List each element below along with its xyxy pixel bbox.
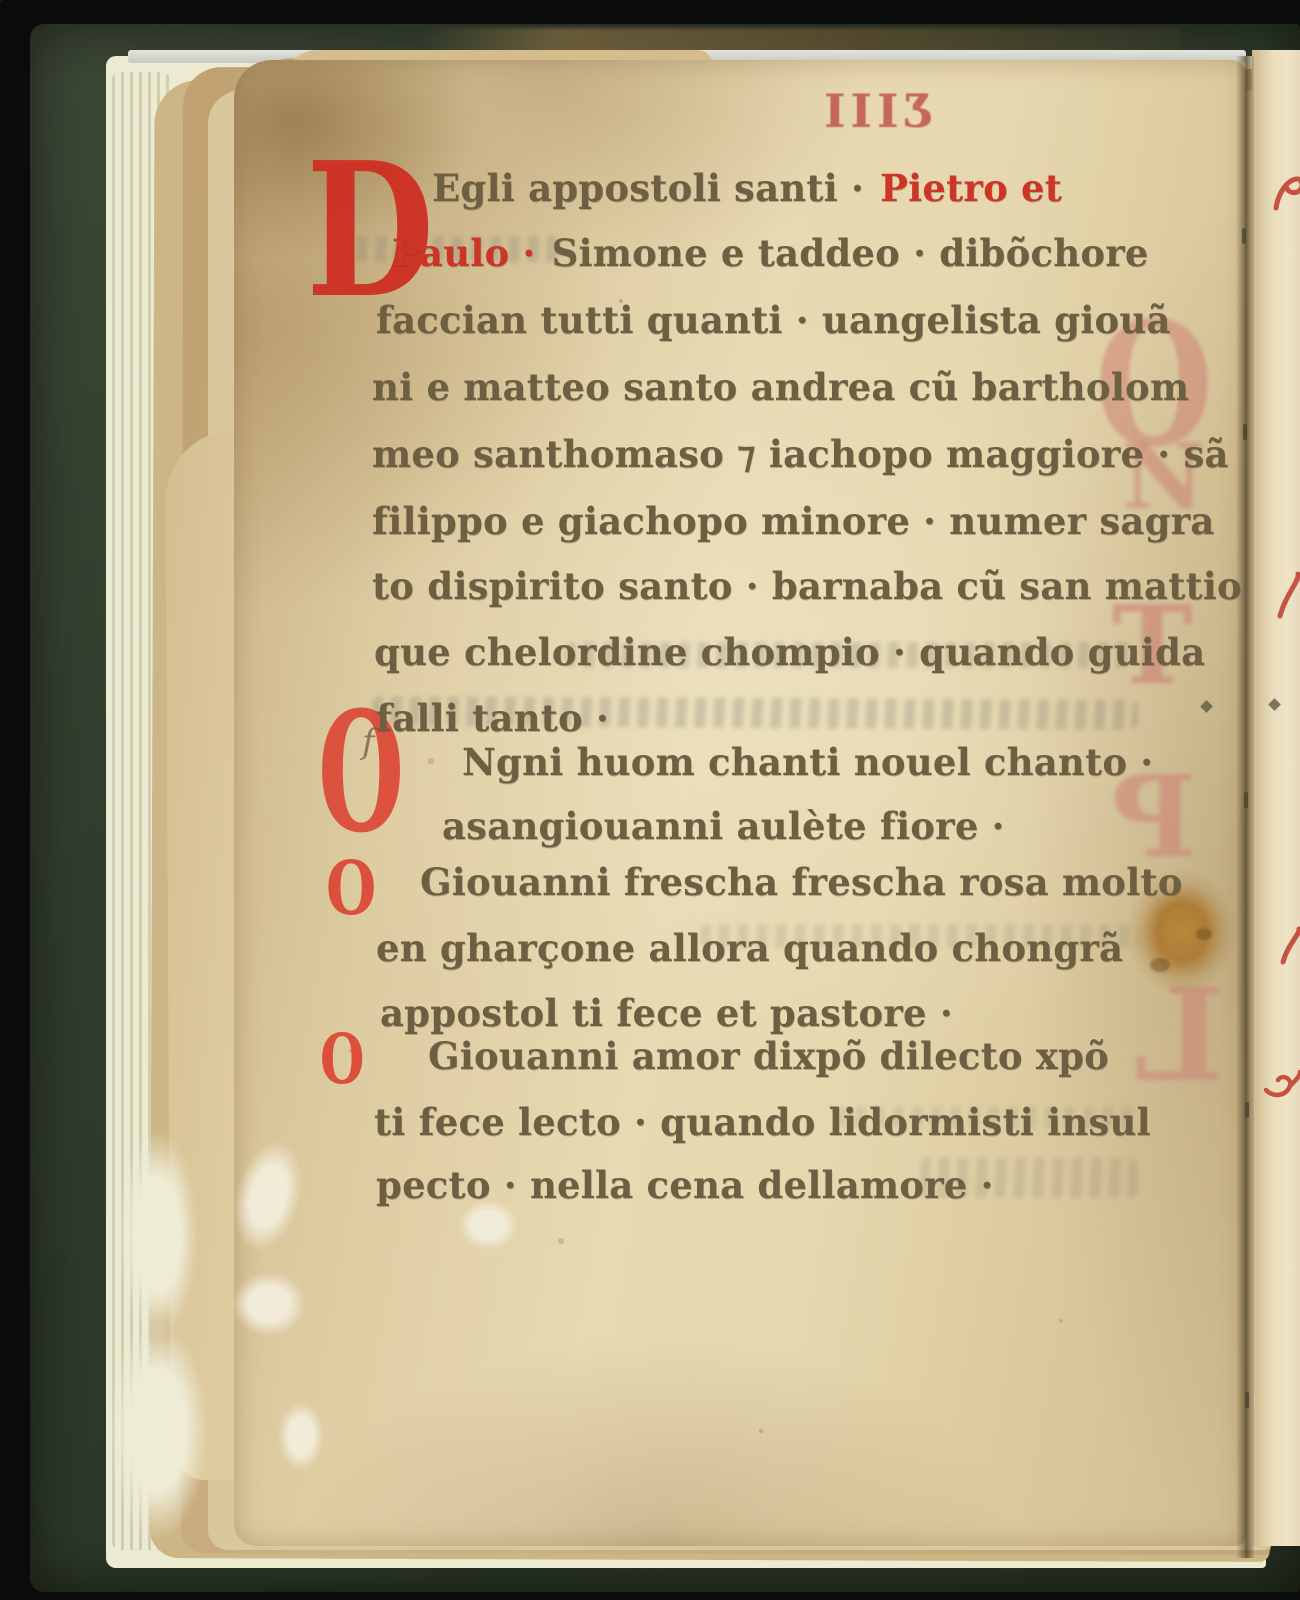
rubric-guide-letter: f bbox=[362, 722, 375, 762]
text-line: pecto · nella cena dellamore · bbox=[376, 1163, 994, 1207]
damage-patch bbox=[278, 1402, 324, 1470]
manuscript-photo: O N T P L IIIƷ D Egli appostoli santi ·P… bbox=[0, 0, 1300, 1600]
binding-stitch bbox=[1243, 424, 1247, 440]
rubric-text: Pietro et bbox=[880, 166, 1062, 210]
text-line: Egli appostoli santi ·Pietro et bbox=[432, 166, 1062, 210]
facing-page-pen-flourish bbox=[1272, 168, 1300, 212]
text-line: to dispirito santo · barnaba cũ san matt… bbox=[372, 564, 1242, 608]
rubric-text: Paulo · bbox=[392, 231, 536, 275]
stain-spot bbox=[1150, 958, 1170, 972]
binding-stitch bbox=[1245, 1392, 1249, 1408]
text-line: falli tanto · bbox=[376, 696, 609, 740]
text-line: asangiouanni aulète fiore · bbox=[442, 804, 1005, 848]
stain-spot bbox=[1196, 928, 1212, 940]
edge-wear-patch bbox=[118, 1130, 198, 1340]
rubric-initial-o: O bbox=[326, 852, 376, 926]
line-text: Simone e taddeo · dibõchore bbox=[552, 231, 1149, 275]
facing-page-pen-flourish bbox=[1276, 570, 1300, 620]
text-line: faccian tutti quanti · uangelista giouã bbox=[376, 298, 1171, 342]
facing-page-pen-flourish bbox=[1264, 1068, 1300, 1100]
binding-stitch bbox=[1244, 792, 1248, 808]
binding-stitch bbox=[1245, 1102, 1249, 1118]
text-line: Giouanni frescha frescha rosa molto bbox=[420, 860, 1183, 904]
text-line: Giouanni amor dixpõ dilecto xpõ bbox=[428, 1034, 1109, 1078]
text-line: en gharçone allora quando chongrã bbox=[376, 926, 1123, 970]
facing-page-pen-flourish bbox=[1280, 926, 1300, 966]
text-line: meo santhomaso ⁊ iachopo maggiore · sã bbox=[372, 432, 1229, 476]
rubric-initial-o: O bbox=[320, 1026, 364, 1094]
facing-page-strip bbox=[1252, 50, 1300, 1546]
edge-wear-patch bbox=[108, 1320, 208, 1540]
folio-number: IIIƷ bbox=[824, 84, 939, 138]
damage-patch bbox=[232, 1272, 306, 1336]
text-line: ti fece lecto · quando lidormisti insul bbox=[374, 1100, 1151, 1144]
parchment-specks bbox=[0, 0, 2, 2]
text-line: que chelordine chompio · quando guida bbox=[374, 630, 1205, 674]
text-line: Ngni huom chanti nouel chanto · bbox=[462, 740, 1153, 784]
line-text: Egli appostoli santi · bbox=[432, 166, 864, 210]
text-line: appostol ti fece et pastore · bbox=[380, 991, 953, 1035]
text-line: ni e matteo santo andrea cũ bartholom bbox=[372, 365, 1189, 409]
binding-stitch bbox=[1242, 228, 1246, 244]
text-line: filippo e giachopo minore · numer sagra bbox=[372, 499, 1215, 543]
text-line: Paulo ·Simone e taddeo · dibõchore bbox=[392, 231, 1149, 275]
damage-patch bbox=[458, 1200, 518, 1250]
